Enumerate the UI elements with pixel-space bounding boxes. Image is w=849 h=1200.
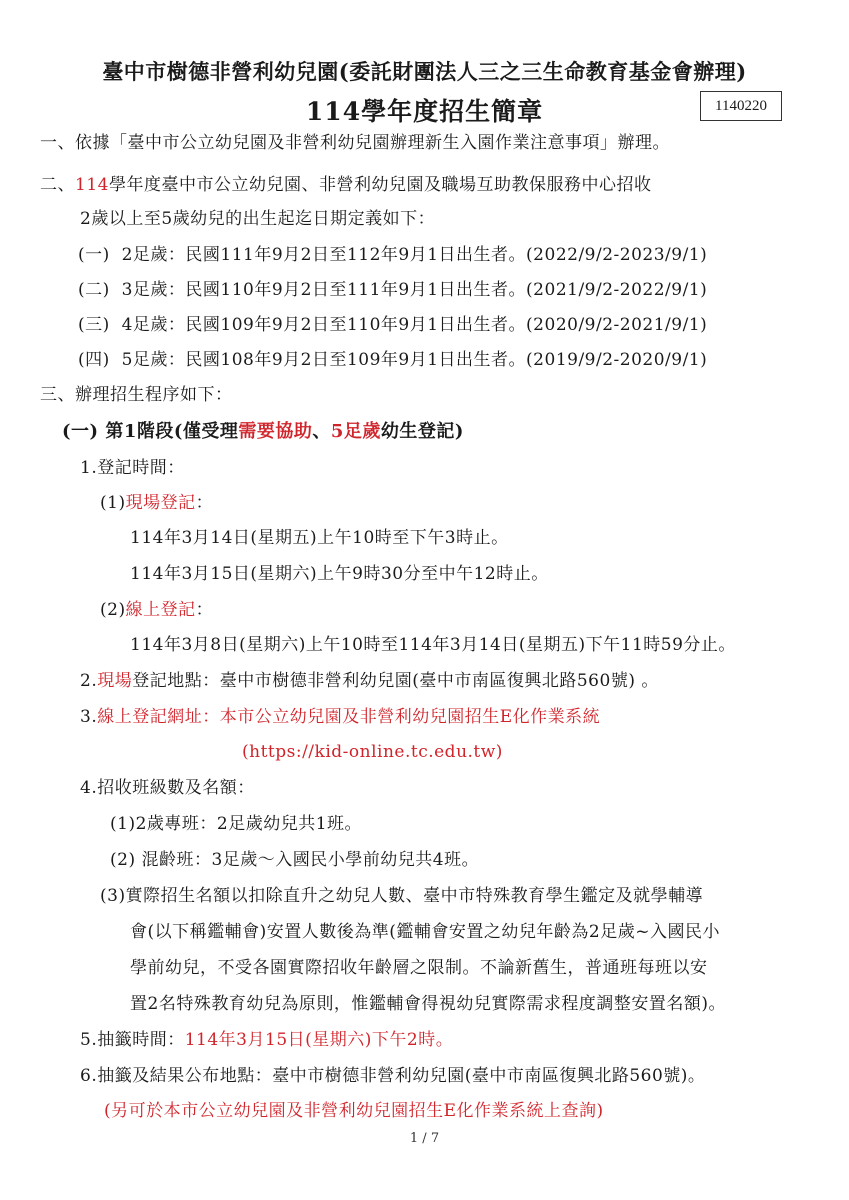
stage-suffix: 幼生登記) (381, 421, 464, 442)
item-marker: (2) (100, 600, 126, 620)
age-marker: (一) (78, 245, 110, 265)
school-title: 臺中市樹德非營利幼兒園(委託財團法人三之三生命教育基金會辦理) (0, 56, 849, 86)
section-3: 三、辦理招生程序如下： (40, 383, 233, 407)
onsite-registration-heading: (1)現場登記： (100, 491, 213, 515)
online-registration-label: 線上登記 (126, 600, 196, 620)
quota-note-line: 置2名特殊教育幼兒為原則，惟鑑輔會得視幼兒實際需求程度調整安置名額)。 (130, 992, 726, 1016)
lottery-time: 5.抽籤時間：114年3月15日(星期六)下午2時。 (80, 1028, 453, 1052)
registration-location: 2.現場登記地點：臺中市樹德非營利幼兒園(臺中市南區復興北路560號) 。 (80, 669, 659, 693)
item-number: 3. (80, 707, 97, 727)
age-text: 4足歲：民國109年9月2日至110年9月1日出生者。(2020/9/2-202… (122, 315, 708, 335)
age-text: 3足歲：民國110年9月2日至111年9月1日出生者。(2021/9/2-202… (122, 280, 708, 300)
section-1: 一、依據「臺中市公立幼兒園及非營利幼兒園辦理新生入園作業注意事項」辦理。 (40, 131, 670, 155)
quota-note-line: (3)實際招生名額以扣除直升之幼兒人數、臺中市特殊教育學生鑑定及就學輔導 (100, 884, 703, 908)
age-text: 2足歲：民國111年9月2日至112年9月1日出生者。(2022/9/2-202… (122, 245, 708, 265)
age-item: (一) 2足歲：民國111年9月2日至112年9月1日出生者。(2022/9/2… (78, 243, 707, 267)
class-quota-label: 4.招收班級數及名額： (80, 776, 255, 800)
online-registration-heading: (2)線上登記： (100, 598, 213, 622)
section-2: 二、114學年度臺中市公立幼兒園、非營利幼兒園及職場互助教保服務中心招收 (40, 173, 651, 197)
stage-highlight-age: 5足歲 (331, 421, 381, 442)
online-registration-site: 3.線上登記網址：本市公立幼兒園及非營利幼兒園招生E化作業系統 (80, 705, 600, 729)
stage-prefix: 第1階段(僅受理 (105, 421, 238, 442)
lottery-location: 6.抽籤及結果公布地點：臺中市樹德非營利幼兒園(臺中市南區復興北路560號)。 (80, 1064, 705, 1088)
onsite-highlight: 現場 (97, 671, 132, 691)
stage-highlight-assist: 需要協助 (238, 421, 312, 442)
age-item: (二) 3足歲：民國110年9月2日至111年9月1日出生者。(2021/9/2… (78, 278, 707, 302)
section-marker: 三、 (40, 385, 75, 405)
colon: ： (196, 600, 214, 620)
online-time-1: 114年3月8日(星期六)上午10時至114年3月14日(星期五)下午11時59… (130, 633, 736, 657)
section-text: 辦理招生程序如下： (75, 385, 233, 405)
class-quota-item: (2) 混齡班：3足歲～入國民小學前幼兒共4班。 (110, 848, 479, 872)
lottery-result-note: (另可於本市公立幼兒園及非營利幼兒園招生E化作業系統上查詢) (104, 1099, 604, 1123)
online-site-text: 線上登記網址：本市公立幼兒園及非營利幼兒園招生E化作業系統 (97, 707, 600, 727)
stage-separator: 、 (312, 421, 331, 442)
age-marker: (四) (78, 350, 110, 370)
age-marker: (二) (78, 280, 110, 300)
stage-1-heading: (一) 第1階段(僅受理需要協助、5足歲幼生登記) (62, 420, 464, 444)
stage-marker: (一) (62, 421, 99, 442)
section-text: 學年度臺中市公立幼兒園、非營利幼兒園及職場互助教保服務中心招收 (109, 175, 652, 195)
onsite-time-2: 114年3月15日(星期六)上午9時30分至中午12時止。 (130, 562, 549, 586)
section-text: 依據「臺中市公立幼兒園及非營利幼兒園辦理新生入園作業注意事項」辦理。 (75, 133, 670, 153)
colon: ： (196, 493, 214, 513)
lottery-time-label: 5.抽籤時間： (80, 1030, 185, 1050)
item-marker: (1) (100, 493, 126, 513)
item-number: 2. (80, 671, 97, 691)
document-number-box: 1140220 (700, 91, 782, 121)
registration-url-link[interactable]: (https://kid-online.tc.edu.tw) (242, 740, 503, 764)
page-number: 1 / 7 (0, 1131, 849, 1146)
quota-note-line: 學前幼兒，不受各園實際招收年齡層之限制。不論新舊生，普通班每班以安 (130, 956, 708, 980)
onsite-registration-label: 現場登記 (126, 493, 196, 513)
location-text: 登記地點：臺中市樹德非營利幼兒園(臺中市南區復興北路560號) 。 (132, 671, 659, 691)
school-year-highlight: 114 (75, 175, 109, 195)
age-item: (四) 5足歲：民國108年9月2日至109年9月1日出生者。(2019/9/2… (78, 348, 707, 372)
section-marker: 一、 (40, 133, 75, 153)
lottery-time-value: 114年3月15日(星期六)下午2時。 (185, 1030, 453, 1050)
quota-note-line: 會(以下稱鑑輔會)安置人數後為準(鑑輔會安置之幼兒年齡為2足歲~入國民小 (130, 920, 720, 944)
onsite-time-1: 114年3月14日(星期五)上午10時至下午3時止。 (130, 526, 509, 550)
age-item: (三) 4足歲：民國109年9月2日至110年9月1日出生者。(2020/9/2… (78, 313, 707, 337)
class-quota-item: (1)2歲專班：2足歲幼兒共1班。 (110, 812, 362, 836)
section-marker: 二、 (40, 175, 75, 195)
registration-time-label: 1.登記時間： (80, 456, 185, 480)
section-2-line-2: 2歲以上至5歲幼兒的出生起迄日期定義如下： (80, 207, 435, 231)
age-marker: (三) (78, 315, 110, 335)
age-text: 5足歲：民國108年9月2日至109年9月1日出生者。(2019/9/2-202… (122, 350, 708, 370)
